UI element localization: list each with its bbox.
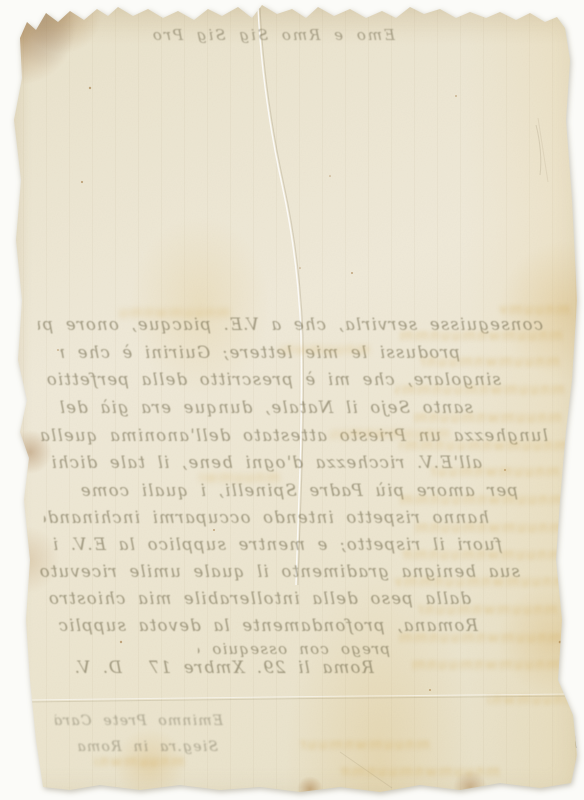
ink-stain-row: mnuumwnmuunmmwunmuumnnwumunmmuunwmunmumw… [420, 352, 560, 370]
ink-stain-row: mnuumwnmuunmmwunmuumnnwumunmmuunwmunmumw… [418, 600, 558, 618]
ink-stain-row: mnuumwnmuunmmwunmuumnnwumunmmuunwmunmumw… [95, 752, 185, 770]
ink-stain-row: mnuumwnmuunmmwunmuumnnwumunmmuunwmunmumw… [488, 690, 578, 708]
ink-stain-row: mnuumwnmuunmmwunmuumnnwumunmmuunwmunmumw… [340, 762, 500, 780]
ink-stain-row: mnuumwnmuunmmwunmuumnnwumunmmuunwmunmumw… [280, 340, 370, 358]
yellow-stain-layer: mnuumwnmuunmmwunmuumnnwumunmmuunwmunmumw… [0, 0, 584, 800]
ink-stain-row: mnuumwnmuunmmwunmuumnnwumunmmuunwmunmumw… [395, 380, 565, 398]
document-scan: Emo e Rmo Sig Sig Prone Colmo conseguiss… [0, 0, 584, 800]
ink-stain-row: mnuumwnmuunmmwunmuumnnwumunmmuunwmunmumw… [300, 735, 430, 753]
ink-stain-row: mnuumwnmuunmmwunmuumnnwumunmmuunwmunmumw… [402, 545, 562, 563]
ink-stain-row: mnuumwnmuunmmwunmuumnnwumunmmuunwmunmumw… [395, 572, 567, 590]
paper-sheet: Emo e Rmo Sig Sig Prone Colmo conseguiss… [0, 0, 584, 800]
ink-stain-row: mnuumwnmuunmmwunmuumnnwumunmmuunwmunmumw… [430, 462, 560, 480]
paper-sheet-wrap: Emo e Rmo Sig Sig Prone Colmo conseguiss… [0, 0, 584, 800]
ink-stain-row: mnuumwnmuunmmwunmuumnnwumunmmuunwmunmumw… [398, 490, 563, 508]
ink-stain-row: mnuumwnmuunmmwunmuumnnwumunmmuunwmunmumw… [410, 655, 560, 673]
ink-stain-row: mnuumwnmuunmmwunmuumnnwumunmmuunwmunmumw… [330, 424, 450, 442]
ink-stain-row: mnuumwnmuunmmwunmuumnnwumunmmuunwmunmumw… [398, 326, 563, 344]
ink-stain-row: mnuumwnmuunmmwunmuumnnwumunmmuunwmunmumw… [120, 303, 230, 321]
ink-stain-row: mnuumwnmuunmmwunmuumnnwumunmmuunwmunmumw… [500, 300, 570, 318]
ink-stain-row: mnuumwnmuunmmwunmuumnnwumunmmuunwmunmumw… [200, 468, 280, 486]
ink-stain-row: mnuumwnmuunmmwunmuumnnwumunmmuunwmunmumw… [400, 628, 562, 646]
ink-stain-row: mnuumwnmuunmmwunmuumnnwumunmmuunwmunmumw… [415, 518, 563, 536]
